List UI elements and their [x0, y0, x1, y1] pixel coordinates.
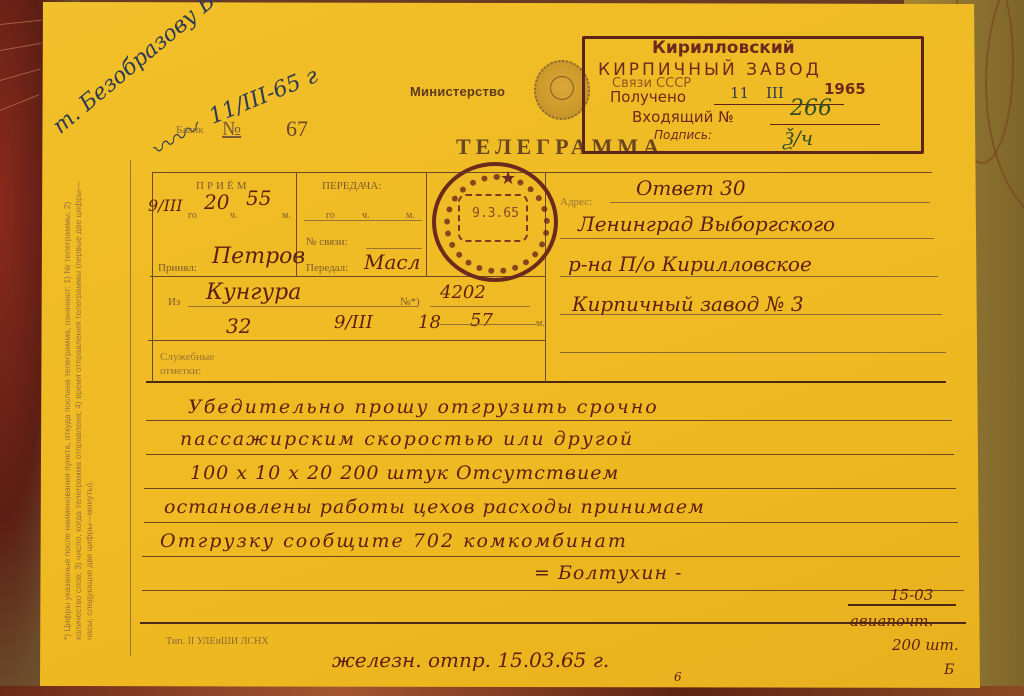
reception-minutes-label: м.	[282, 210, 291, 221]
address-line	[610, 202, 930, 203]
message-line-5: Отгрузку сообщите 702 комкомбинат	[160, 530, 628, 552]
right-note-underline	[848, 604, 956, 606]
address-line	[560, 238, 934, 239]
reception-hours: 20	[204, 190, 229, 214]
stamp-factory-name: Кирилловский	[652, 38, 795, 58]
sent-by-label: Передал:	[306, 262, 348, 274]
sent-date: 9/III	[334, 312, 373, 333]
blank-number: 67	[286, 116, 308, 142]
printer-mark: Тип. II УЛЕиШИ ЛСНХ	[166, 636, 269, 647]
message-bottom-border	[140, 622, 966, 624]
message-signature: = Болтухин -	[534, 562, 682, 584]
right-note-airmail: авиапочт.	[850, 612, 933, 630]
accepted-signature: Петров	[212, 244, 305, 269]
link-number-line	[366, 248, 422, 249]
stamp-signature-label: Подпись:	[654, 128, 712, 142]
blank-label: Бланк	[176, 124, 204, 136]
address-line-2: Ленинград Выборгского	[578, 212, 835, 236]
reception-hours-label: ч.	[230, 210, 238, 221]
telegram-number-label: №*)	[400, 296, 420, 308]
reception-minutes: 55	[246, 186, 271, 210]
message-rule	[146, 454, 954, 455]
transmission-time-line	[304, 220, 422, 221]
message-rule	[144, 522, 958, 523]
message-line-2: пассажирским скоростью или другой	[180, 428, 634, 450]
star-icon: ★	[500, 168, 516, 189]
right-note-initial: Б	[944, 662, 954, 678]
reception-go-label: го	[188, 210, 197, 221]
address-line	[560, 276, 938, 277]
message-line-4: остановлены работы цехов расходы принима…	[164, 496, 705, 518]
sent-minutes: 57	[470, 310, 493, 331]
sent-minutes-label: м.	[536, 318, 545, 329]
message-rule	[142, 556, 960, 557]
form-margin-line	[130, 160, 131, 656]
message-rule	[144, 488, 956, 489]
stamp-incoming-label: Входящий №	[632, 108, 734, 126]
from-label: Из	[168, 296, 180, 308]
from-line	[188, 306, 418, 307]
stamp-received-month: III	[766, 84, 784, 102]
link-number-label: № связи:	[306, 236, 348, 248]
telegram-number-line	[430, 306, 530, 307]
form-body-top	[146, 381, 946, 383]
shipping-note-sub: 6	[674, 670, 682, 684]
stamp-signature: Ѯ/ч	[784, 126, 813, 151]
from-city: Кунгура	[206, 280, 301, 305]
address-line-3: р-на П/о Кирилловское	[568, 252, 812, 276]
service-notes-label: Служебные отметки:	[160, 350, 240, 378]
form-divider	[148, 340, 546, 341]
telegram-number: 4202	[440, 282, 486, 303]
address-line-4: Кирпичный завод № 3	[572, 292, 804, 316]
sent-by-signature: Масл	[364, 250, 420, 274]
stamp-incoming-number: 266	[790, 96, 832, 121]
stamp-received-day: 11	[730, 84, 749, 102]
footnote-side-text: *) Цифры указанные после наименования пу…	[62, 170, 95, 640]
reception-date: 9/III	[148, 196, 183, 215]
stamp-incoming-underline	[770, 124, 880, 125]
sent-time-line	[440, 324, 536, 325]
address-line-1: Ответ 30	[636, 176, 746, 200]
form-col-divider	[426, 172, 427, 276]
address-label: Адрес:	[560, 196, 592, 208]
word-count: 32	[226, 314, 251, 338]
postmark-date: 9.3.65	[472, 206, 519, 221]
form-top-border	[152, 172, 932, 173]
message-rule	[146, 420, 952, 421]
shipping-note: железн. отпр. 15.03.65 г.	[332, 648, 609, 672]
message-line-3: 100 х 10 х 20 200 штук Отсутствием	[190, 462, 619, 484]
sent-hours: 18	[418, 312, 441, 333]
right-note-qty: 200 шт.	[892, 636, 959, 654]
right-date: 15-03	[890, 586, 933, 604]
transmission-heading: ПЕРЕДАЧА:	[322, 180, 381, 192]
accepted-label: Принял:	[158, 262, 197, 274]
ministry-label: Министерство	[410, 84, 505, 99]
message-rule	[142, 590, 964, 591]
address-line	[560, 352, 946, 353]
message-line-1: Убедительно прошу отгрузить срочно	[188, 396, 659, 418]
stamp-received-label: Получено	[610, 88, 686, 106]
blank-number-sign: №	[222, 118, 241, 141]
postmark-stamp: 9.3.65 ★	[432, 162, 558, 282]
